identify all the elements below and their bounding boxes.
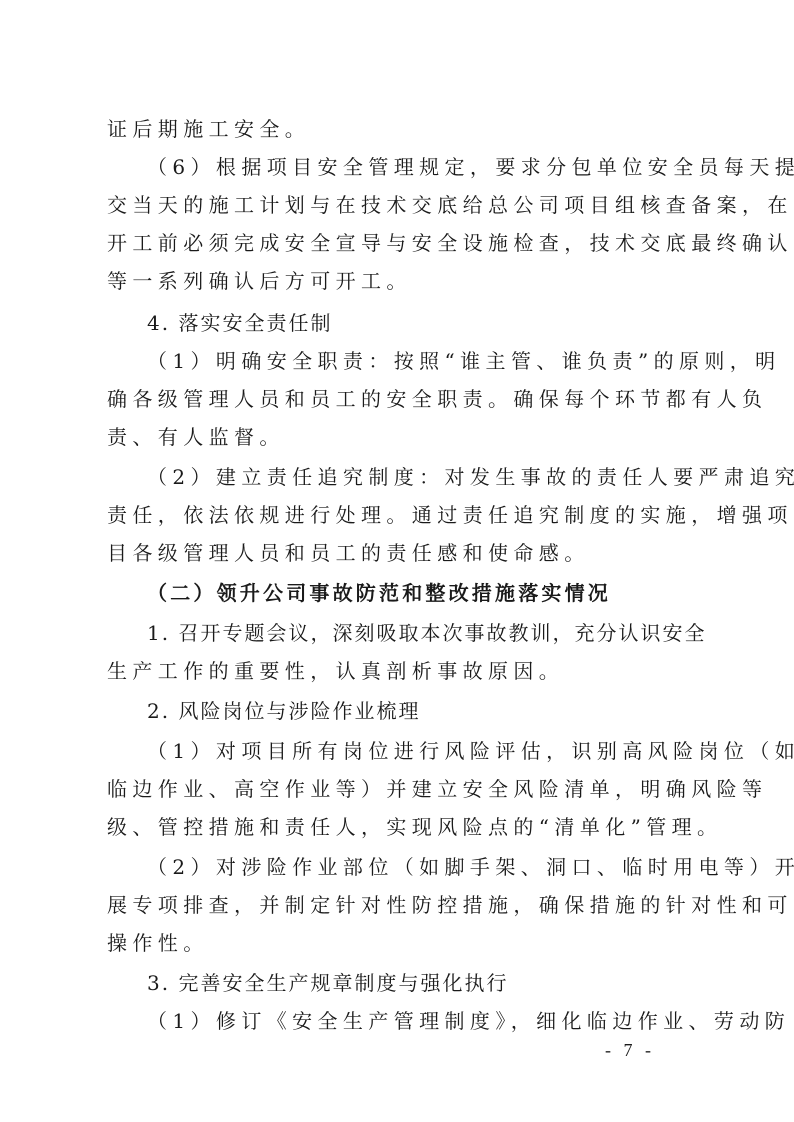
paragraph-line: 交当天的施工计划与在技术交底给总公司项目组核查备案，在 bbox=[107, 186, 699, 224]
section-heading: 3. 完善安全生产规章制度与强化执行 bbox=[147, 964, 699, 1002]
paragraph-line: 责任，依法依规进行处理。通过责任追究制度的实施，增强项 bbox=[107, 496, 699, 534]
section-heading: 4. 落实安全责任制 bbox=[147, 304, 699, 342]
paragraph-line: （2）对涉险作业部位（如脚手架、洞口、临时用电等）开 bbox=[147, 848, 699, 886]
document-page: 证后期施工安全。 （6）根据项目安全管理规定，要求分包单位安全员每天提 交当天的… bbox=[0, 0, 794, 1122]
paragraph-line: （1）修订《安全生产管理制度》，细化临边作业、劳动防 bbox=[147, 1002, 699, 1040]
paragraph-line: 生产工作的重要性，认真剖析事故原因。 bbox=[107, 652, 699, 690]
paragraph-line: 1. 召开专题会议，深刻吸取本次事故教训，充分认识安全 bbox=[147, 614, 699, 652]
paragraph-line: 临边作业、高空作业等）并建立安全风险清单，明确风险等 bbox=[107, 770, 699, 808]
paragraph-line: 展专项排查，并制定针对性防控措施，确保措施的针对性和可 bbox=[107, 886, 699, 924]
subsection-title: （二）领升公司事故防范和整改措施落实情况 bbox=[147, 574, 699, 612]
paragraph-line: 证后期施工安全。 bbox=[107, 110, 699, 148]
paragraph-line: （1）明确安全职责：按照“谁主管、谁负责”的原则，明 bbox=[147, 342, 699, 380]
paragraph-line: 开工前必须完成安全宣导与安全设施检查，技术交底最终确认 bbox=[107, 224, 699, 262]
paragraph-line: 目各级管理人员和员工的责任感和使命感。 bbox=[107, 534, 699, 572]
paragraph-line: （2）建立责任追究制度：对发生事故的责任人要严肃追究 bbox=[147, 458, 699, 496]
paragraph-line: 确各级管理人员和员工的安全职责。确保每个环节都有人负 bbox=[107, 380, 699, 418]
paragraph-line: 级、管控措施和责任人，实现风险点的“清单化”管理。 bbox=[107, 808, 699, 846]
section-heading: 2. 风险岗位与涉险作业梳理 bbox=[147, 692, 699, 730]
paragraph-line: （6）根据项目安全管理规定，要求分包单位安全员每天提 bbox=[147, 148, 699, 186]
page-number: - 7 - bbox=[600, 1040, 660, 1061]
paragraph-line: （1）对项目所有岗位进行风险评估，识别高风险岗位（如 bbox=[147, 732, 699, 770]
paragraph-line: 责、有人监督。 bbox=[107, 418, 699, 456]
paragraph-line: 等一系列确认后方可开工。 bbox=[107, 262, 699, 300]
paragraph-line: 操作性。 bbox=[107, 924, 699, 962]
